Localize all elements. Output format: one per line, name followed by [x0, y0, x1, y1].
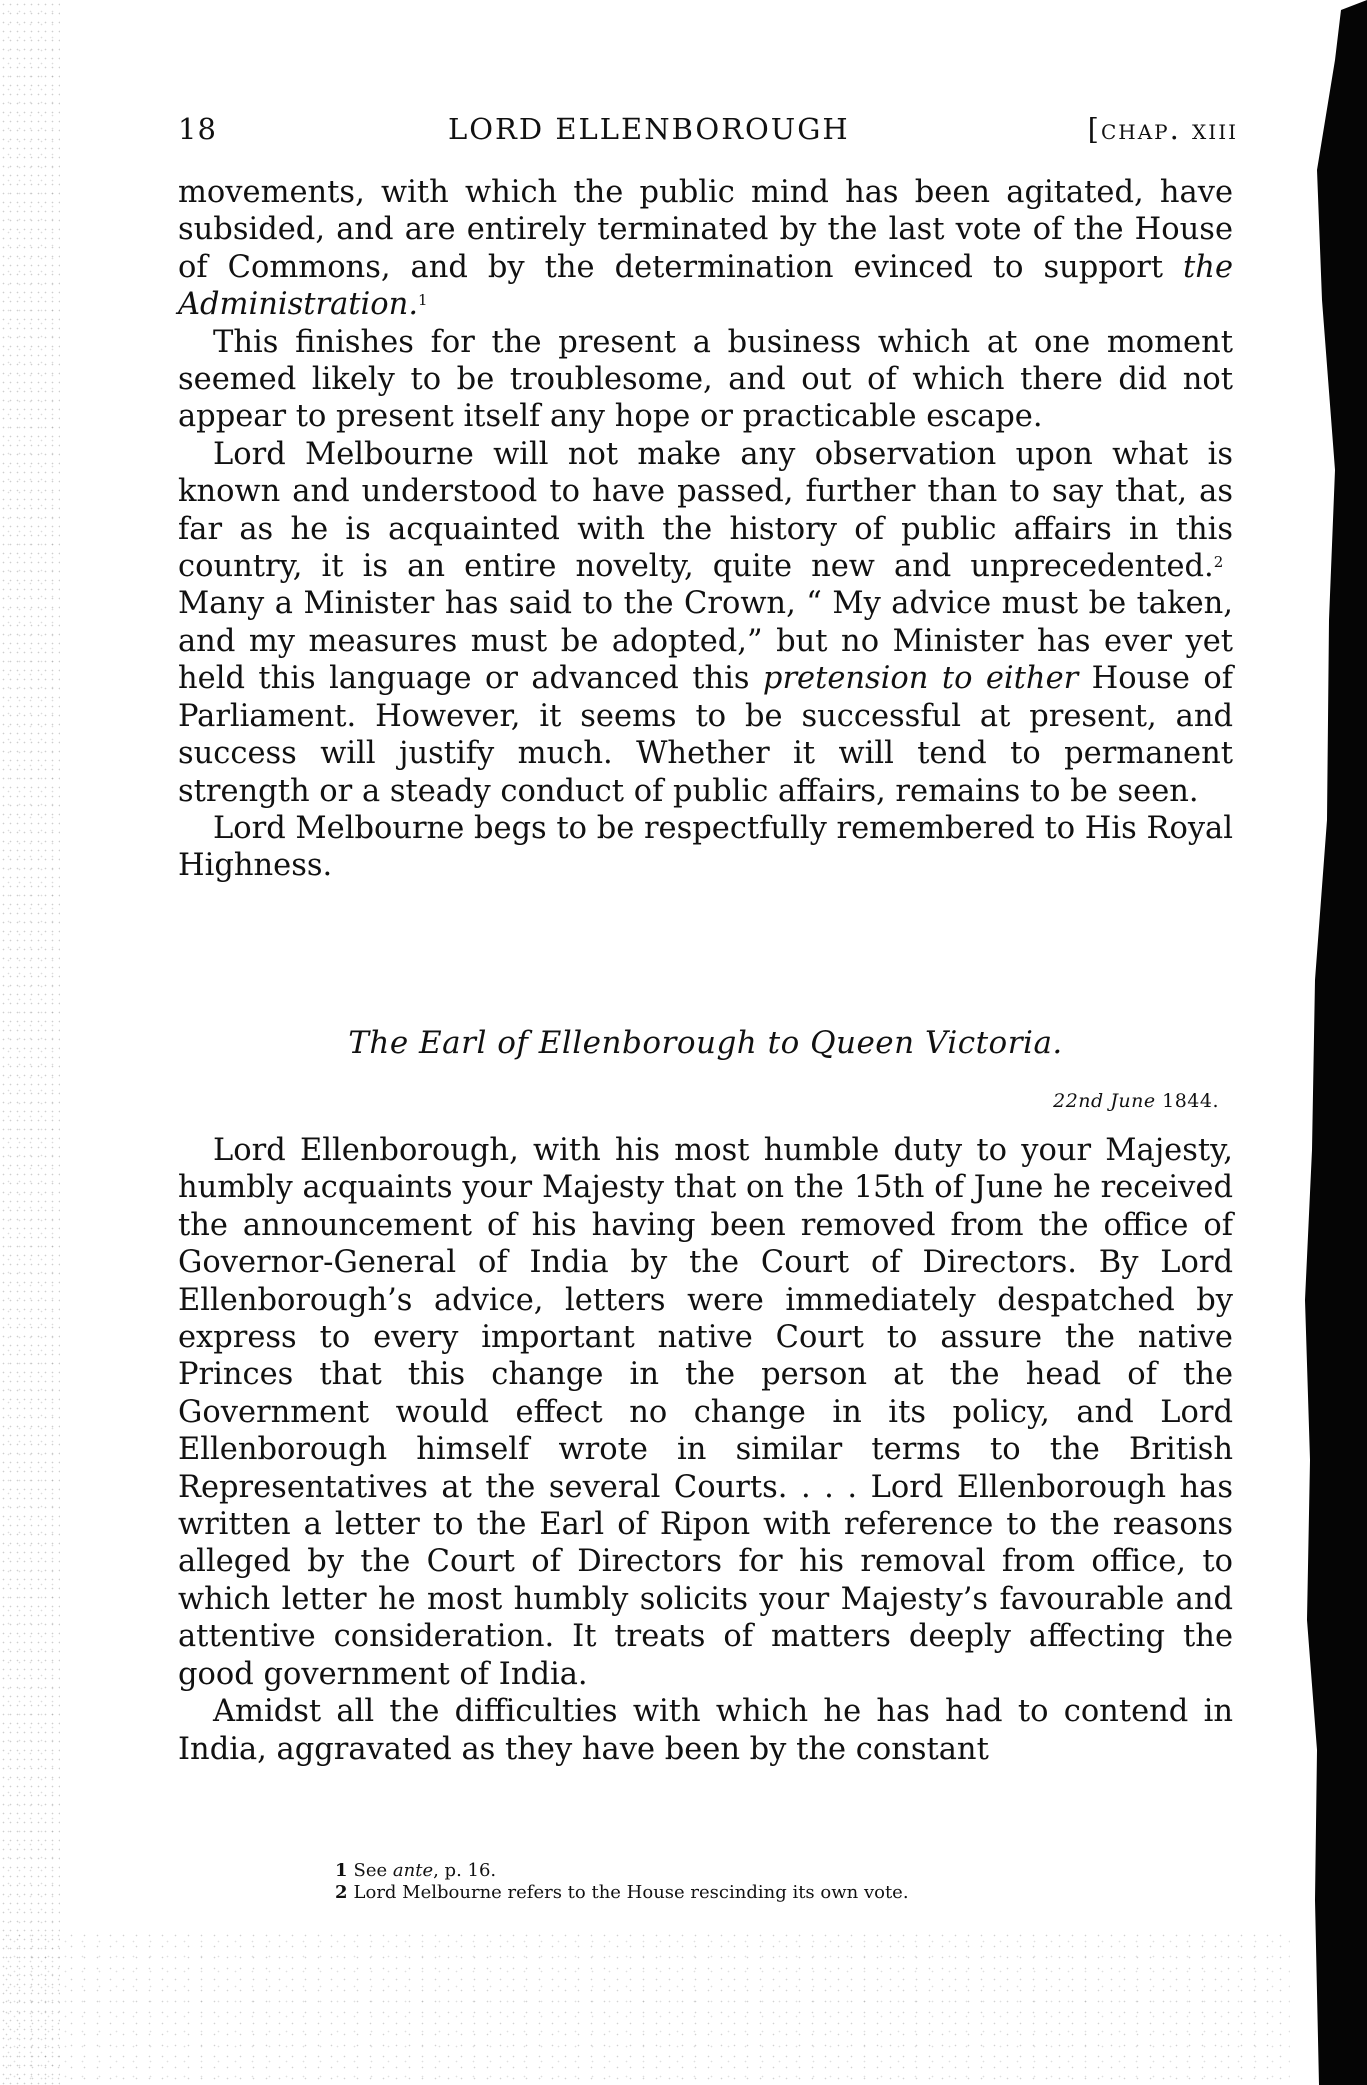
paragraph: Amidst all the difficulties with which h…	[178, 1693, 1233, 1768]
footnote-2: 2Lord Melbourne refers to the House resc…	[335, 1882, 909, 1904]
footnote-1: 1See ante, p. 16.	[335, 1860, 909, 1882]
scan-noise-left	[0, 0, 60, 2085]
book-page: 18 LORD ELLENBOROUGH [chap. xiii movemen…	[0, 0, 1367, 2085]
paragraph: Lord Ellenborough, with his most humble …	[178, 1132, 1233, 1693]
chapter-label: [chap. xiii	[1088, 112, 1238, 146]
scan-noise-bottom	[0, 1930, 1290, 2085]
ellenborough-letter: Lord Ellenborough, with his most humble …	[178, 1132, 1233, 1768]
letter-heading: The Earl of Ellenborough to Queen Victor…	[178, 1025, 1233, 1061]
footnotes: 1See ante, p. 16. 2Lord Melbourne refers…	[335, 1860, 909, 1904]
paragraph: This finishes for the present a business…	[178, 324, 1233, 436]
running-header: 18 LORD ELLENBOROUGH [chap. xiii	[178, 112, 1238, 152]
page-number: 18	[178, 112, 217, 146]
running-title: LORD ELLENBOROUGH	[448, 112, 850, 146]
footnote-ref[interactable]: 1	[418, 291, 428, 309]
footnote-ref[interactable]: 2	[1214, 553, 1224, 571]
paragraph: Lord Melbourne will not make any observa…	[178, 436, 1233, 810]
binding-shadow	[1277, 0, 1367, 2085]
paragraph: movements, with which the public mind ha…	[178, 174, 1233, 324]
paragraph: Lord Melbourne begs to be respectfully r…	[178, 810, 1233, 885]
letter-date: 22nd June 1844.	[1053, 1090, 1219, 1112]
melbourne-letter-continuation: movements, with which the public mind ha…	[178, 174, 1233, 885]
